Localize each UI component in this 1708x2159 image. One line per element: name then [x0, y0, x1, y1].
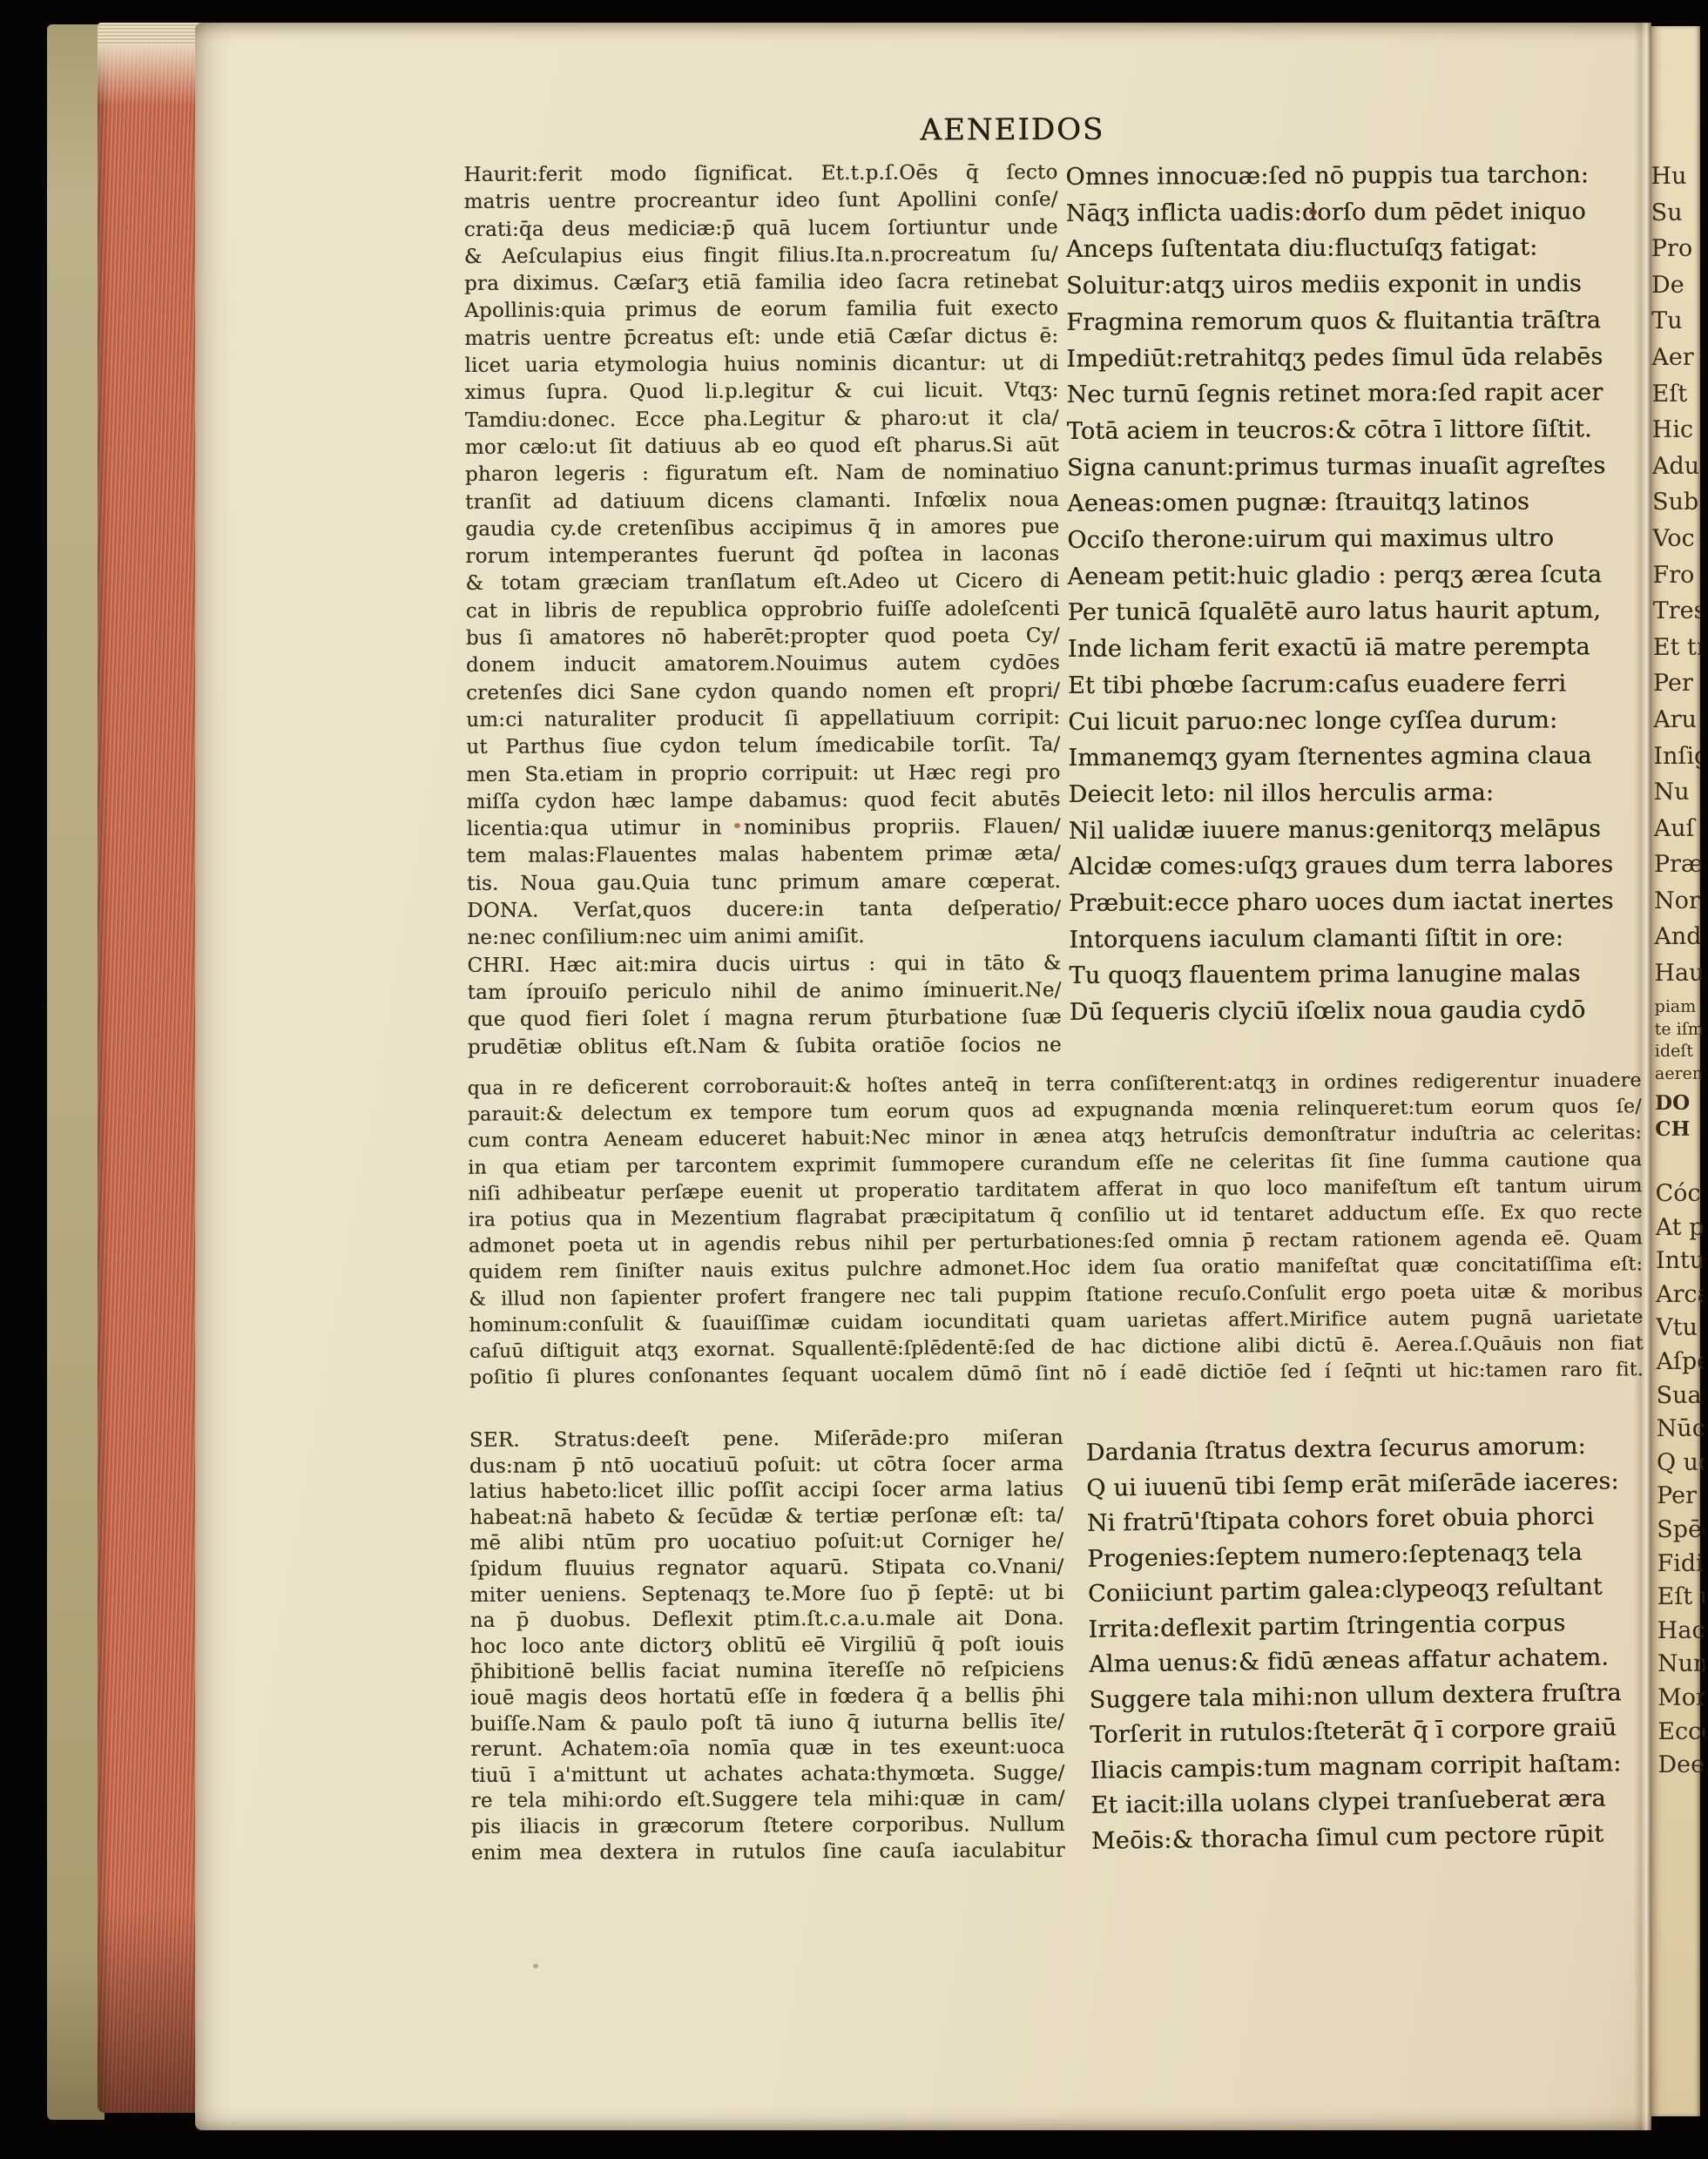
- next-page-fragments-bottom: CócuAt paIntulArcaVtuAſpeSuaſiNūcQ uoPer…: [1655, 1177, 1705, 1783]
- text-line: SER. Stratus:deeſt pene. Miſerāde:pro mi…: [469, 1426, 1063, 1454]
- text-line: mē alibi ntūm pro uocatiuo poſuit:ut Cor…: [469, 1528, 1063, 1557]
- text-line: Nāqʒ inflicta uadis:dorſo dum pēdet iniq…: [1066, 193, 1641, 233]
- verse-column-top: Omnes innocuæ:ſed nō puppis tua tarchon:…: [1065, 157, 1644, 1031]
- text-line: Deiecit leto: nil illos herculis arma:: [1068, 774, 1643, 813]
- text-line: Totā aciem in teucros:& cōtra ī littore …: [1067, 411, 1642, 450]
- text-line: hoc loco ante dictorʒ oblitū eē Virgiliū…: [470, 1632, 1064, 1661]
- text-line: Hac u: [1657, 1614, 1705, 1648]
- text-line: CH: [1655, 1116, 1702, 1142]
- text-line: & totam græciam tranſlatum eſt.Adeo ut C…: [465, 568, 1059, 597]
- text-line: aeren: [1655, 1063, 1702, 1085]
- text-line: miter ueniens. Septenaqʒ te.More ſuo p̄ …: [470, 1581, 1064, 1609]
- text-line: pis iliacis in græcorum ſtetere corporib…: [471, 1812, 1065, 1841]
- text-line: Hic: [1652, 412, 1699, 449]
- text-line: Inſig: [1653, 738, 1700, 774]
- text-line: De: [1651, 267, 1698, 304]
- text-line: ideſt: [1655, 1041, 1702, 1063]
- text-line: tis. Noua gau.Quia tunc primum amare cœp…: [467, 868, 1061, 898]
- running-title: AENEIDOS: [868, 111, 1156, 147]
- text-line: dus:nam p̄ ntō uocatiuū poſuit: ut cōtra…: [469, 1452, 1063, 1481]
- text-line: Arca: [1656, 1279, 1703, 1312]
- text-line: bus ſi amatores nō haberēt:propter quod …: [466, 623, 1060, 652]
- text-line: Præbuit:ecce pharo uoces dum iactat iner…: [1069, 883, 1644, 922]
- text-line: Fro: [1652, 557, 1699, 593]
- text-line: piam: [1655, 996, 1702, 1019]
- text-line: Anceps ſuſtentata diu:fluctuſqʒ fatigat:: [1066, 229, 1641, 268]
- text-line: enim mea dextera in rutulos ſine cauſa i…: [471, 1838, 1065, 1866]
- text-line: Mort: [1657, 1682, 1705, 1716]
- text-line: ut Parthus ſiue cydon telum ímedicabile …: [466, 732, 1060, 761]
- text-line: Per d: [1657, 1480, 1704, 1514]
- text-line: Impediūt:retrahitqʒ pedes ſimul ūda rela…: [1066, 339, 1641, 378]
- text-line: Pro: [1651, 231, 1698, 267]
- text-line: men Sta.etiam in proprio corripuit: ut H…: [466, 759, 1060, 788]
- text-line: Præ: [1654, 847, 1701, 883]
- text-line: matris uentre p̄creatus eſt: unde etiā C…: [464, 323, 1058, 353]
- text-line: pra diximus. Cæſarʒ etiā familia ideo ſa…: [464, 268, 1058, 298]
- text-line: Tamdiu:donec. Ecce pha.Legitur & pharo:u…: [465, 405, 1059, 435]
- text-line: Num: [1657, 1648, 1705, 1682]
- text-line: Eſt: [1651, 375, 1698, 412]
- text-line: Nu: [1653, 774, 1700, 811]
- text-line: Aeneam petit:huic gladio : perqʒ ærea ſc…: [1067, 557, 1642, 596]
- next-page-fragments-lemma: DOCH: [1655, 1090, 1702, 1142]
- text-line: cretenſes dici Sane cydon quando nomen e…: [466, 678, 1060, 707]
- text-line: ximus ſupra. Quod li.p.legitur & cui lic…: [464, 377, 1058, 407]
- text-line: Nil ualidæ iuuere manus:genitorqʒ melāpu…: [1069, 811, 1644, 850]
- text-line: um:ci naturaliter producit ſi appellatiu…: [466, 705, 1060, 734]
- text-line: crati:q̄a deus mediciæ:p̄ quā lucem ſort…: [464, 214, 1058, 244]
- text-line: Spēq: [1657, 1514, 1704, 1548]
- text-line: Suaſi: [1657, 1379, 1704, 1413]
- text-line: Immanemqʒ gyam ſternentes agmina claua: [1068, 738, 1643, 777]
- text-line: DO: [1655, 1090, 1702, 1117]
- text-line: te iſm: [1655, 1018, 1702, 1041]
- commentary-full-width: qua in re deficerent corroborauit:& hoſt…: [468, 1068, 1644, 1392]
- text-line: Adu: [1652, 449, 1699, 485]
- text-line: Intul: [1656, 1245, 1703, 1279]
- text-line: rorum intemperantes fuerunt q̄d poſtea i…: [465, 541, 1059, 570]
- text-line: tem malas:Flauentes malas habentem primæ…: [467, 840, 1061, 870]
- text-line: And: [1654, 919, 1701, 955]
- text-line: Aeneas:omen pugnæ: ſtrauitqʒ latinos: [1067, 483, 1642, 523]
- text-line: buiſſe.Nam & paulo poſt tā iuno q̄ iutur…: [470, 1709, 1064, 1737]
- text-line: na p̄ duobus. Deflexit ptim.ſt.c.a.u.mal…: [470, 1606, 1064, 1635]
- text-line: Signa canunt:primus turmas inuaſit agreſ…: [1067, 448, 1642, 487]
- text-line: Ecce: [1657, 1715, 1705, 1749]
- text-line: Et tr: [1653, 629, 1700, 665]
- text-line: Dū ſequeris clyciū iſœlix noua gaudia cy…: [1070, 992, 1644, 1031]
- text-line: Tu quoqʒ flauentem prima lanugine malas: [1069, 956, 1644, 995]
- text-line: Nūc: [1657, 1413, 1704, 1447]
- text-line: Su: [1651, 194, 1698, 231]
- text-line: At pa: [1656, 1211, 1703, 1245]
- text-line: Alcidæ comes:uſqʒ graues dum terra labor…: [1069, 847, 1644, 886]
- text-line: pharon legeris : figuratum eſt. Nam de n…: [465, 459, 1059, 489]
- text-line: rerunt. Achatem:oīa nomīa quæ in tes exe…: [470, 1735, 1064, 1764]
- text-line: Aſpe: [1656, 1346, 1703, 1380]
- text-line: cat in libris de republica opprobrio fui…: [466, 596, 1060, 625]
- text-line: Tres: [1653, 593, 1700, 630]
- text-line: mor cælo:ut ſit datiuus ab eo quod eſt p…: [465, 432, 1059, 462]
- text-line: latius habeto:licet illic poſſit accipi …: [469, 1477, 1063, 1506]
- text-line: Nor: [1654, 883, 1701, 920]
- text-line: Nec turnū ſegnis retinet mora:ſed rapit …: [1066, 374, 1641, 414]
- text-line: Auſ: [1654, 810, 1701, 847]
- text-line: Per tunicā ſqualētē auro latus haurit ap…: [1068, 592, 1643, 631]
- text-line: Per: [1653, 665, 1700, 702]
- commentary-column-bottom: SER. Stratus:deeſt pene. Miſerāde:pro mi…: [469, 1426, 1065, 1866]
- text-line: tiuū ī a'mittunt ut achates achata:thymœ…: [470, 1761, 1064, 1790]
- verse-column-bottom: Dardania ſtratus dextra ſecurus amorum:Q…: [1085, 1428, 1656, 1859]
- book-photo: AENEIDOS Haurit:ferit modo ſignificat. E…: [0, 0, 1708, 2159]
- next-page-fragments-small: piamte iſmideſtaeren: [1655, 996, 1702, 1085]
- text-line: iouē magis deos hortatū eſſe in fœdera q…: [470, 1683, 1064, 1712]
- text-line: habeat:nā habeto & ſecūdæ & tertiæ perſo…: [469, 1503, 1063, 1532]
- text-line: Et tibi phœbe ſacrum:caſus euadere ferri: [1068, 665, 1643, 705]
- text-line: Fidite: [1657, 1547, 1704, 1581]
- text-line: DONA. Verſat,quos ducere:in tanta deſper…: [467, 895, 1061, 925]
- foxing-speck: [533, 1964, 538, 1968]
- text-line: Inde licham ferit exactū iā matre peremp…: [1068, 629, 1643, 668]
- text-line: Cui licuit paruo:nec longe cyſſea durum:: [1068, 702, 1643, 741]
- text-line: Apollinis:quia primus de eorum familia f…: [464, 295, 1058, 325]
- text-line: Tu: [1651, 303, 1698, 340]
- text-line: Cócu: [1655, 1177, 1702, 1211]
- text-line: Sub: [1652, 484, 1699, 521]
- text-line: Hau: [1654, 955, 1701, 992]
- text-line: Omnes innocuæ:ſed nō puppis tua tarchon:: [1065, 157, 1640, 196]
- text-line: tam íprouiſo periculo nihil de animo ími…: [467, 977, 1061, 1007]
- text-line: re tela mihi:ordo eſt.Suggere tela mihi:…: [471, 1786, 1065, 1815]
- commentary-column-top: Haurit:ferit modo ſignificat. Et.t.p.ſ.O…: [463, 159, 1061, 1062]
- text-line: licet uaria etymologia huius nominis dic…: [464, 350, 1058, 380]
- text-line: p̄hibitionē bellis faciat numina ītereſſ…: [470, 1657, 1064, 1686]
- text-line: Deeſ: [1657, 1749, 1705, 1783]
- text-line: miſſa cydon hæc lampe dabamus: quod feci…: [467, 786, 1061, 816]
- text-line: Fragmina remorum quos & fluitantia trāſt…: [1066, 302, 1641, 341]
- foxing-speck: [1309, 209, 1317, 215]
- next-page-fragments-top: HuSuProDeTuAerEſtHicAduSubVocFroTresEt t…: [1651, 159, 1701, 992]
- text-line: matris uentre procreantur ideo ſunt Apol…: [464, 186, 1058, 216]
- text-line: donem inducit amatorem.Nouimus autem cyd…: [466, 650, 1060, 679]
- text-line: Aru: [1653, 702, 1700, 739]
- text-line: Q uo: [1657, 1446, 1704, 1480]
- text-line: Meōis:& thoracha ſimul cum pectore rūpit: [1091, 1816, 1657, 1859]
- text-line: CHRI. Hæc ait:mira ducis uirtus : qui in…: [467, 950, 1061, 980]
- text-line: tranſit ad datiuum dicens clamanti. Infœ…: [465, 487, 1059, 516]
- text-line: Aer: [1651, 340, 1698, 376]
- text-line: ne:nec conſilium:nec uim animi amiſit.: [467, 922, 1061, 952]
- text-line: & Aeſculapius eius fingit filius.Ita.n.p…: [464, 241, 1058, 271]
- text-line: Soluitur:atqʒ uiros mediis exponit in un…: [1066, 266, 1641, 305]
- text-line: Vtu: [1656, 1312, 1703, 1346]
- text-line: Hu: [1651, 159, 1698, 195]
- text-line: ſpidum fluuius regnator aquarū. Stipata …: [469, 1555, 1063, 1583]
- text-line: licentia:qua utimur in nominibus proprii…: [467, 813, 1061, 843]
- text-line: Haurit:ferit modo ſignificat. Et.t.p.ſ.O…: [463, 159, 1057, 189]
- page-content: AENEIDOS Haurit:ferit modo ſignificat. E…: [0, 0, 1708, 2159]
- text-line: Intorquens iaculum clamanti ſiſtit in or…: [1069, 920, 1644, 959]
- foxing-speck: [734, 823, 740, 828]
- text-line: prudētiæ oblitus eſt.Nam & ſubita oratiō…: [468, 1031, 1062, 1061]
- text-line: Voc: [1652, 521, 1699, 557]
- text-line: Occiſo therone:uirum qui maximus ultro: [1067, 520, 1642, 559]
- text-line: Eſt u: [1657, 1581, 1705, 1615]
- text-line: gaudia cy.de cretenſibus accipimus q̄ in…: [465, 514, 1059, 543]
- text-line: que quod fieri ſolet í magna rerum p̄tur…: [468, 1004, 1062, 1034]
